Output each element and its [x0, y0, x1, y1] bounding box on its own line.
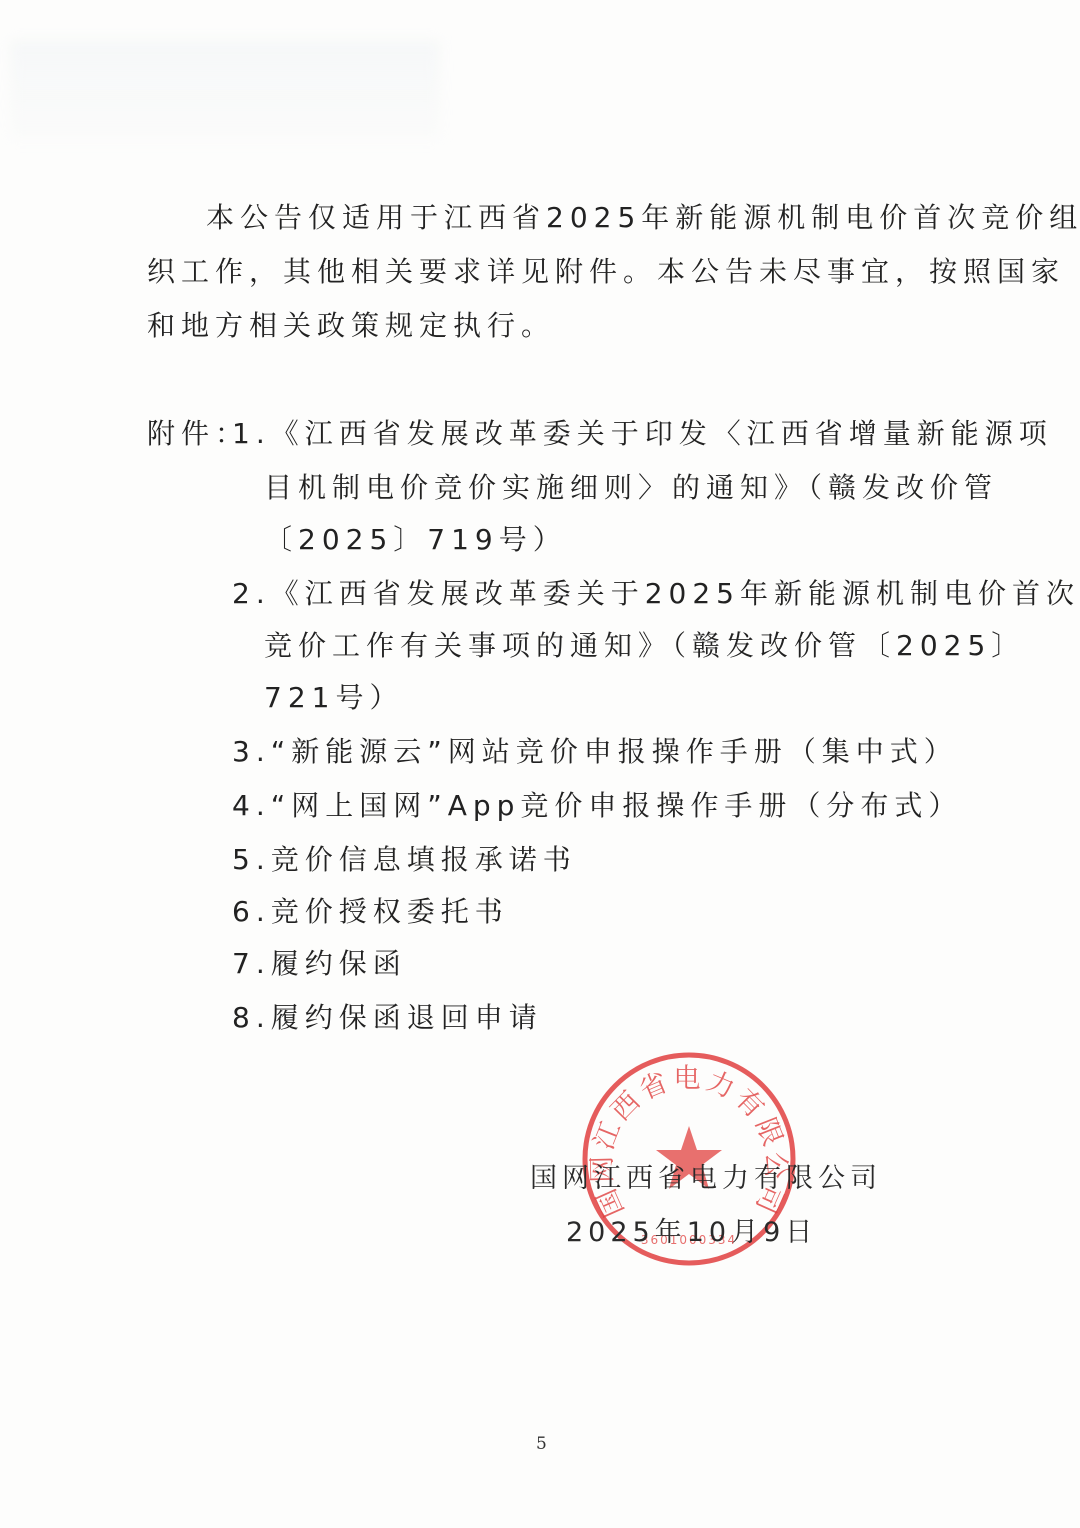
paragraph-line: 织工作，其他相关要求详见附件。本公告未尽事宜，按照国家 — [147, 254, 1065, 290]
attachment-item-7: 7.履约保函 — [232, 946, 407, 982]
attachment-line: 目机制电价竞价实施细则〉的通知》（赣发改价管 — [264, 470, 998, 506]
attachment-item-4: 4.“网上国网”App竞价申报操作手册（分布式） — [232, 788, 962, 824]
paragraph-line: 本公告仅适用于江西省2025年新能源机制电价首次竞价组 — [206, 200, 1080, 236]
attachment-line: 竞价工作有关事项的通知》（赣发改价管〔2025〕 — [264, 628, 1025, 664]
attachment-item-3: 3.“新能源云”网站竞价申报操作手册（集中式） — [232, 734, 958, 770]
attachment-line: 〔2025〕719号） — [264, 522, 567, 558]
paragraph-line: 和地方相关政策规定执行。 — [147, 308, 555, 344]
attachment-line: 1.《江西省发展改革委关于印发〈江西省增量新能源项 — [232, 416, 1053, 452]
page-number: 5 — [536, 1434, 547, 1454]
signature-organization: 国网江西省电力有限公司 — [530, 1156, 882, 1195]
attachment-item-8: 8.履约保函退回申请 — [232, 1000, 543, 1036]
signature-date: 2025年10月9日 — [566, 1210, 817, 1249]
attachment-line: 721号） — [264, 680, 403, 716]
attachment-item-6: 6.竞价授权委托书 — [232, 894, 509, 930]
show-through-ghosting — [10, 40, 440, 140]
attachment-item-5: 5.竞价信息填报承诺书 — [232, 842, 577, 878]
attachment-line: 2.《江西省发展改革委关于2025年新能源机制电价首次 — [232, 576, 1080, 612]
